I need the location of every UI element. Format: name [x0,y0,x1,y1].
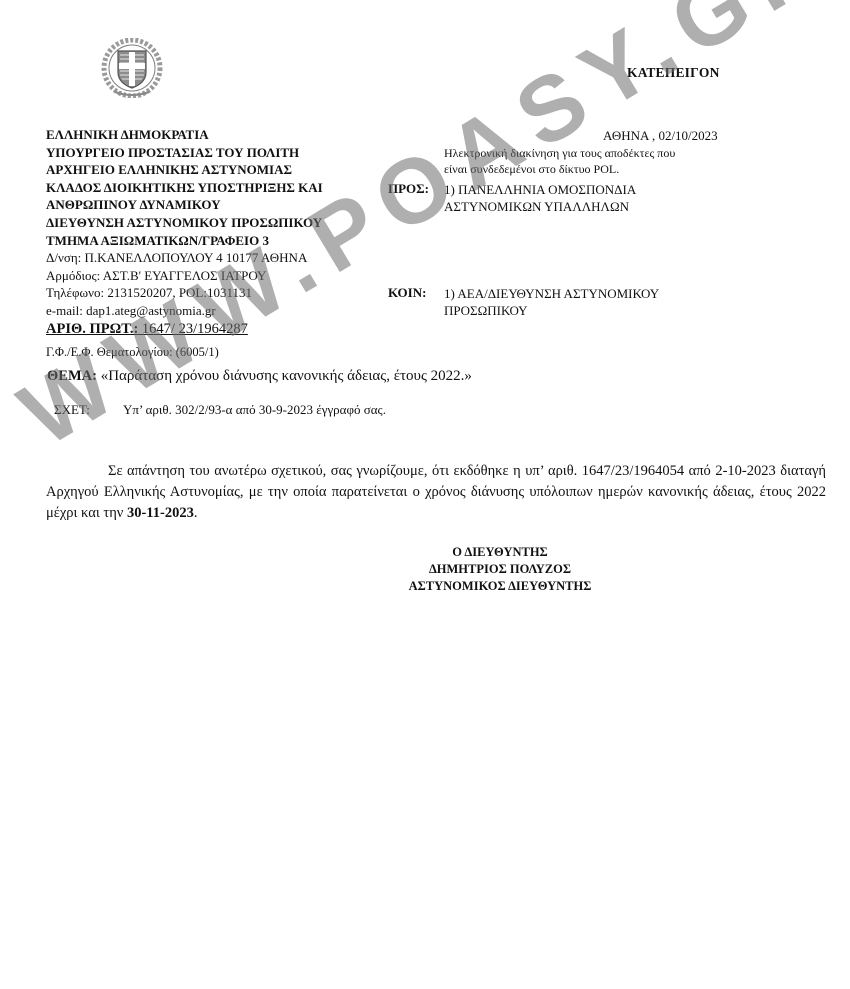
distribution-line: είναι συνδεδεμένοι στο δίκτυο POL. [444,161,675,177]
distribution-note: Ηλεκτρονική διακίνηση για τους αποδέκτες… [444,145,675,177]
urgency-label: ΚΑΤΕΠΕΙΓΟΝ [627,65,720,81]
sender-line: ΑΡΧΗΓΕΙΟ ΕΛΛΗΝΙΚΗΣ ΑΣΤΥΝΟΜΙΑΣ [46,161,323,179]
recipient-line: ΑΣΤΥΝΟΜΙΚΩΝ ΥΠΑΛΛΗΛΩΝ [444,198,636,215]
body-paragraph: Σε απάντηση του ανωτέρω σχετικού, σας γν… [46,461,826,524]
document-date: ΑΘΗΝΑ , 02/10/2023 [603,128,718,144]
protocol-label: ΑΡΙΘ. ΠΡΩΤ.: [46,321,138,337]
greek-coat-of-arms-icon [101,38,163,98]
sender-phone: Τηλέφωνο: 2131520207, POL:1031131 [46,284,323,302]
body-text-end: . [194,505,198,521]
sender-block: ΕΛΛΗΝΙΚΗ ΔΗΜΟΚΡΑΤΙΑ ΥΠΟΥΡΓΕΙΟ ΠΡΟΣΤΑΣΙΑΣ… [46,126,323,361]
sender-line: ΑΝΘΡΩΠΙΝΟΥ ΔΥΝΑΜΙΚΟΥ [46,196,323,214]
signature-title: Ο ΔΙΕΥΘΥΝΤΗΣ [380,544,620,561]
cc-label: ΚΟΙΝ: [388,285,426,301]
reference-label: ΣΧΕΤ: [54,402,90,418]
deadline-date: 30-11-2023 [127,505,194,521]
signature-block: Ο ΔΙΕΥΘΥΝΤΗΣ ΔΗΜΗΤΡΙΟΣ ΠΟΛΥΖΟΣ ΑΣΤΥΝΟΜΙΚ… [380,544,620,595]
to-label: ΠΡΟΣ: [388,181,429,197]
file-index: Γ.Φ./Ε.Φ. Θεματολογίου: (6005/1) [46,344,323,362]
sender-responsible: Αρμόδιος: ΑΣΤ.Β' ΕΥΑΓΓΕΛΟΣ ΙΑΤΡΟΥ [46,267,323,285]
signature-rank: ΑΣΤΥΝΟΜΙΚΟΣ ΔΙΕΥΘΥΝΤΗΣ [380,578,620,595]
sender-line: ΔΙΕΥΘΥΝΣΗ ΑΣΤΥΝΟΜΙΚΟΥ ΠΡΟΣΩΠΙΚΟΥ [46,214,323,232]
sender-address: Δ/νση: Π.ΚΑΝΕΛΛΟΠΟΥΛΟΥ 4 10177 ΑΘΗΝΑ [46,249,323,267]
sender-line: ΚΛΑΔΟΣ ΔΙΟΙΚΗΤΙΚΗΣ ΥΠΟΣΤΗΡΙΞΗΣ ΚΑΙ [46,179,323,197]
signature-name: ΔΗΜΗΤΡΙΟΣ ΠΟΛΥΖΟΣ [380,561,620,578]
distribution-line: Ηλεκτρονική διακίνηση για τους αποδέκτες… [444,145,675,161]
subject-text: «Παράταση χρόνου διάνυσης κανονικής άδει… [97,368,472,384]
subject-line: ΘΕΜΑ: «Παράταση χρόνου διάνυσης κανονική… [47,368,472,385]
reference-text: Υπ’ αριθ. 302/2/93-α από 30-9-2023 έγγρα… [123,402,386,418]
sender-line: ΥΠΟΥΡΓΕΙΟ ΠΡΟΣΤΑΣΙΑΣ ΤΟΥ ΠΟΛΙΤΗ [46,144,323,162]
sender-line: ΤΜΗΜΑ ΑΞΙΩΜΑΤΙΚΩΝ/ΓΡΑΦΕΙΟ 3 [46,232,323,250]
protocol-value: 1647/ 23/1964287 [138,321,248,337]
cc-recipients: 1) ΑΕΑ/ΔΙΕΥΘΥΝΣΗ ΑΣΤΥΝΟΜΙΚΟΥ ΠΡΟΣΩΠΙΚΟΥ [444,285,659,319]
subject-label: ΘΕΜΑ: [47,368,97,384]
sender-line: ΕΛΛΗΝΙΚΗ ΔΗΜΟΚΡΑΤΙΑ [46,126,323,144]
protocol-number: ΑΡΙΘ. ΠΡΩΤ.: 1647/ 23/1964287 [46,320,323,339]
recipient-line: 1) ΑΕΑ/ΔΙΕΥΘΥΝΣΗ ΑΣΤΥΝΟΜΙΚΟΥ [444,285,659,302]
to-recipients: 1) ΠΑΝΕΛΛΗΝΙΑ ΟΜΟΣΠΟΝΔΙΑ ΑΣΤΥΝΟΜΙΚΩΝ ΥΠΑ… [444,181,636,215]
recipient-line: ΠΡΟΣΩΠΙΚΟΥ [444,302,659,319]
sender-email: e-mail: dap1.ateg@astynomia.gr [46,302,323,320]
recipient-line: 1) ΠΑΝΕΛΛΗΝΙΑ ΟΜΟΣΠΟΝΔΙΑ [444,181,636,198]
